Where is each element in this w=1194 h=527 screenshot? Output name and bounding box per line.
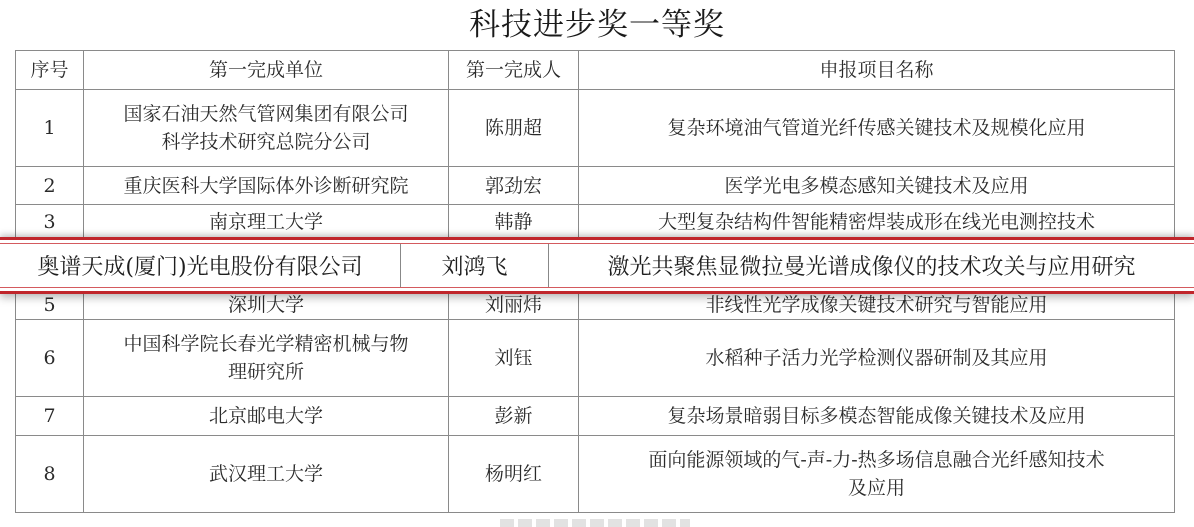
table-row: 8 武汉理工大学 杨明红 面向能源领域的气-声-力-热多场信息融合光纤感知技术 … [16, 436, 1175, 513]
table-row: 7 北京邮电大学 彭新 复杂场景暗弱目标多模态智能成像关键技术及应用 [16, 397, 1175, 436]
cell-index: 2 [16, 167, 84, 205]
cell-unit: 重庆医科大学国际体外诊断研究院 [84, 167, 449, 205]
cell-unit: 国家石油天然气管网集团有限公司 科学技术研究总院分公司 [84, 90, 449, 167]
unit-line: 科学技术研究总院分公司 [88, 128, 444, 156]
highlight-border-top [0, 237, 1194, 240]
document-title: 科技进步奖一等奖 [0, 4, 1194, 46]
cell-project: 非线性光学成像关键技术研究与智能应用 [579, 290, 1175, 320]
table-row: 2 重庆医科大学国际体外诊断研究院 郭劲宏 医学光电多模态感知关键技术及应用 [16, 167, 1175, 205]
unit-line: 中国科学院长春光学精密机械与物 [88, 330, 444, 358]
cell-person: 陈朋超 [449, 90, 579, 167]
project-line: 面向能源领域的气-声-力-热多场信息融合光纤感知技术 [583, 446, 1170, 474]
header-person: 第一完成人 [449, 51, 579, 90]
cell-person: 刘钰 [449, 320, 579, 397]
cell-project: 复杂环境油气管道光纤传感关键技术及规模化应用 [579, 90, 1175, 167]
cell-unit: 中国科学院长春光学精密机械与物 理研究所 [84, 320, 449, 397]
header-project: 申报项目名称 [579, 51, 1175, 90]
unit-line: 理研究所 [88, 358, 444, 386]
cell-project: 面向能源领域的气-声-力-热多场信息融合光纤感知技术 及应用 [579, 436, 1175, 513]
highlighted-row: 奥谱天成(厦门)光电股份有限公司 刘鸿飞 激光共聚焦显微拉曼光谱成像仪的技术攻关… [0, 244, 1194, 287]
cell-person: 杨明红 [449, 436, 579, 513]
table-row: 1 国家石油天然气管网集团有限公司 科学技术研究总院分公司 陈朋超 复杂环境油气… [16, 90, 1175, 167]
cell-project: 大型复杂结构件智能精密焊装成形在线光电测控技术 [579, 205, 1175, 240]
table-row: 3 南京理工大学 韩静 大型复杂结构件智能精密焊装成形在线光电测控技术 [16, 205, 1175, 240]
cell-index: 8 [16, 436, 84, 513]
highlight-unit: 奥谱天成(厦门)光电股份有限公司 [0, 244, 401, 287]
cell-index: 7 [16, 397, 84, 436]
cell-person: 郭劲宏 [449, 167, 579, 205]
highlight-border-bottom-inner [0, 287, 1194, 288]
cell-person: 刘丽炜 [449, 290, 579, 320]
cell-index: 3 [16, 205, 84, 240]
cell-person: 韩静 [449, 205, 579, 240]
cell-project: 复杂场景暗弱目标多模态智能成像关键技术及应用 [579, 397, 1175, 436]
highlight-project: 激光共聚焦显微拉曼光谱成像仪的技术攻关与应用研究 [549, 244, 1194, 287]
cell-project: 医学光电多模态感知关键技术及应用 [579, 167, 1175, 205]
table-row: 5 深圳大学 刘丽炜 非线性光学成像关键技术研究与智能应用 [16, 290, 1175, 320]
cell-unit: 深圳大学 [84, 290, 449, 320]
highlight-border-bottom [0, 291, 1194, 294]
project-line: 及应用 [583, 474, 1170, 502]
table-row: 6 中国科学院长春光学精密机械与物 理研究所 刘钰 水稻种子活力光学检测仪器研制… [16, 320, 1175, 397]
cell-index: 6 [16, 320, 84, 397]
cutoff-next-heading [500, 519, 690, 527]
header-unit: 第一完成单位 [84, 51, 449, 90]
cell-person: 彭新 [449, 397, 579, 436]
highlight-person: 刘鸿飞 [401, 244, 549, 287]
table-header-row: 序号 第一完成单位 第一完成人 申报项目名称 [16, 51, 1175, 90]
highlighted-row-overlay: 奥谱天成(厦门)光电股份有限公司 刘鸿飞 激光共聚焦显微拉曼光谱成像仪的技术攻关… [0, 237, 1194, 294]
cell-unit: 南京理工大学 [84, 205, 449, 240]
cell-unit: 北京邮电大学 [84, 397, 449, 436]
cell-index: 5 [16, 290, 84, 320]
cell-unit: 武汉理工大学 [84, 436, 449, 513]
cell-project: 水稻种子活力光学检测仪器研制及其应用 [579, 320, 1175, 397]
unit-line: 国家石油天然气管网集团有限公司 [88, 100, 444, 128]
header-index: 序号 [16, 51, 84, 90]
cell-index: 1 [16, 90, 84, 167]
